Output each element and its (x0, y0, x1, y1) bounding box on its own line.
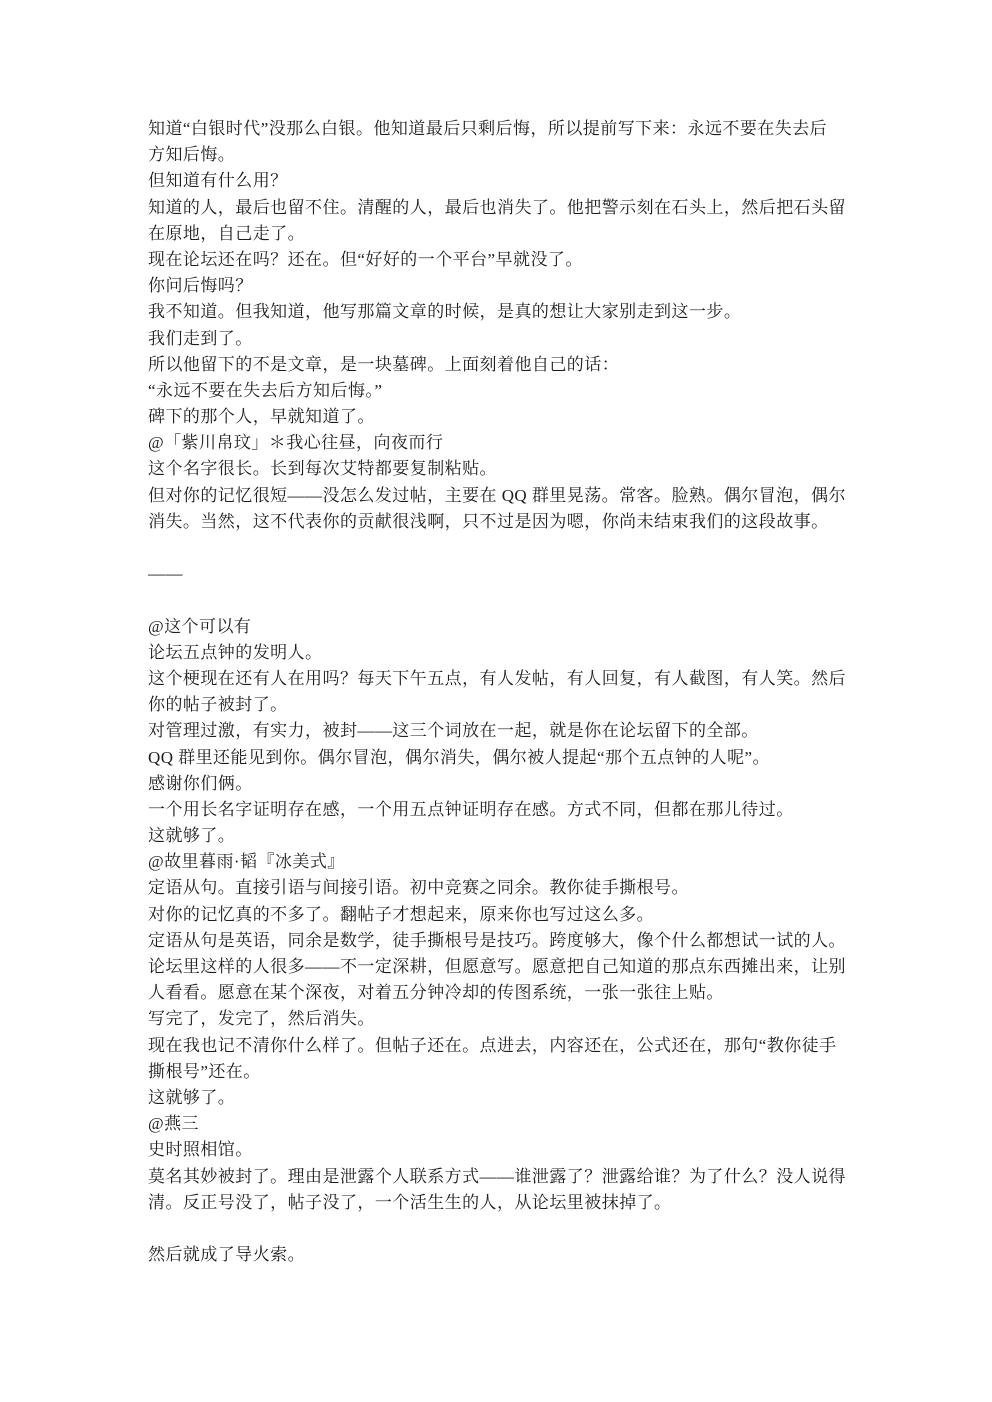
text-line: 我们走到了。 (148, 326, 864, 352)
text-line: 现在论坛还在吗？还在。但“好好的一个平台”早就没了。 (148, 247, 864, 273)
blank-line (148, 587, 864, 613)
text-line: 这个名字很长。长到每次艾特都要复制粘贴。 (148, 456, 864, 482)
text-line: @「紫川帛玟」＊我心往昼，向夜而行 (148, 430, 864, 456)
text-line: 碑下的那个人，早就知道了。 (148, 404, 864, 430)
text-line: 定语从句是英语，同余是数学，徒手撕根号是技巧。跨度够大，像个什么都想试一试的人。 (148, 928, 864, 954)
text-line: 对你的记忆真的不多了。翻帖子才想起来，原来你也写过这么多。 (148, 902, 864, 928)
text-line: 消失。当然，这不代表你的贡献很浅啊，只不过是因为嗯，你尚未结束我们的这段故事。 (148, 509, 864, 535)
text-line: 写完了，发完了，然后消失。 (148, 1006, 864, 1032)
separator-line: —— (148, 561, 864, 587)
text-line: 人看看。愿意在某个深夜，对着五分钟冷却的传图系统，一张一张往上贴。 (148, 980, 864, 1006)
text-line: 一个用长名字证明存在感，一个用五点钟证明存在感。方式不同，但都在那儿待过。 (148, 797, 864, 823)
text-line: 定语从句。直接引语与间接引语。初中竞赛之同余。教你徒手撕根号。 (148, 875, 864, 901)
text-line: 你问后悔吗？ (148, 273, 864, 299)
text-line: 莫名其妙被封了。理由是泄露个人联系方式——谁泄露了？泄露给谁？为了什么？没人说得 (148, 1164, 864, 1190)
text-line: 所以他留下的不是文章，是一块墓碑。上面刻着他自己的话： (148, 352, 864, 378)
text-line: @燕三 (148, 1111, 864, 1137)
text-line: 论坛五点钟的发明人。 (148, 640, 864, 666)
text-line: 然后就成了导火索。 (148, 1242, 864, 1268)
text-line: 你的帖子被封了。 (148, 692, 864, 718)
text-line: 但知道有什么用？ (148, 168, 864, 194)
text-line: @故里暮雨·韬『冰美式』 (148, 849, 864, 875)
text-line: 我不知道。但我知道，他写那篇文章的时候，是真的想让大家别走到这一步。 (148, 299, 864, 325)
text-line: 这就够了。 (148, 1085, 864, 1111)
text-line: 但对你的记忆很短——没怎么发过帖，主要在 QQ 群里晃荡。常客。脸熟。偶尔冒泡，… (148, 483, 864, 509)
text-line: 这就够了。 (148, 823, 864, 849)
text-line: 这个梗现在还有人在用吗？每天下午五点，有人发帖，有人回复，有人截图，有人笑。然后 (148, 666, 864, 692)
text-line: 知道的人，最后也留不住。清醒的人，最后也消失了。他把警示刻在石头上，然后把石头留 (148, 195, 864, 221)
document-page: 知道“白银时代”没那么白银。他知道最后只剩后悔，所以提前写下来：永远不要在失去后… (0, 0, 992, 1402)
text-line: “永远不要在失去后方知后悔。” (148, 378, 864, 404)
text-line: 在原地，自己走了。 (148, 221, 864, 247)
text-line: QQ 群里还能见到你。偶尔冒泡，偶尔消失，偶尔被人提起“那个五点钟的人呢”。 (148, 745, 864, 771)
text-line: 知道“白银时代”没那么白银。他知道最后只剩后悔，所以提前写下来：永远不要在失去后 (148, 116, 864, 142)
text-line: 方知后悔。 (148, 142, 864, 168)
text-block: 知道“白银时代”没那么白银。他知道最后只剩后悔，所以提前写下来：永远不要在失去后… (148, 116, 864, 1268)
text-line: 撕根号”还在。 (148, 1059, 864, 1085)
text-line: 感谢你们俩。 (148, 771, 864, 797)
text-line: 史时照相馆。 (148, 1137, 864, 1163)
text-line: 现在我也记不清你什么样了。但帖子还在。点进去，内容还在，公式还在，那句“教你徒手 (148, 1033, 864, 1059)
text-line: 清。反正号没了，帖子没了，一个活生生的人，从论坛里被抹掉了。 (148, 1190, 864, 1216)
text-line: 论坛里这样的人很多——不一定深耕，但愿意写。愿意把自己知道的那点东西摊出来，让别 (148, 954, 864, 980)
text-line: @这个可以有 (148, 614, 864, 640)
blank-line (148, 535, 864, 561)
blank-line (148, 1216, 864, 1242)
text-line: 对管理过激，有实力，被封——这三个词放在一起，就是你在论坛留下的全部。 (148, 718, 864, 744)
